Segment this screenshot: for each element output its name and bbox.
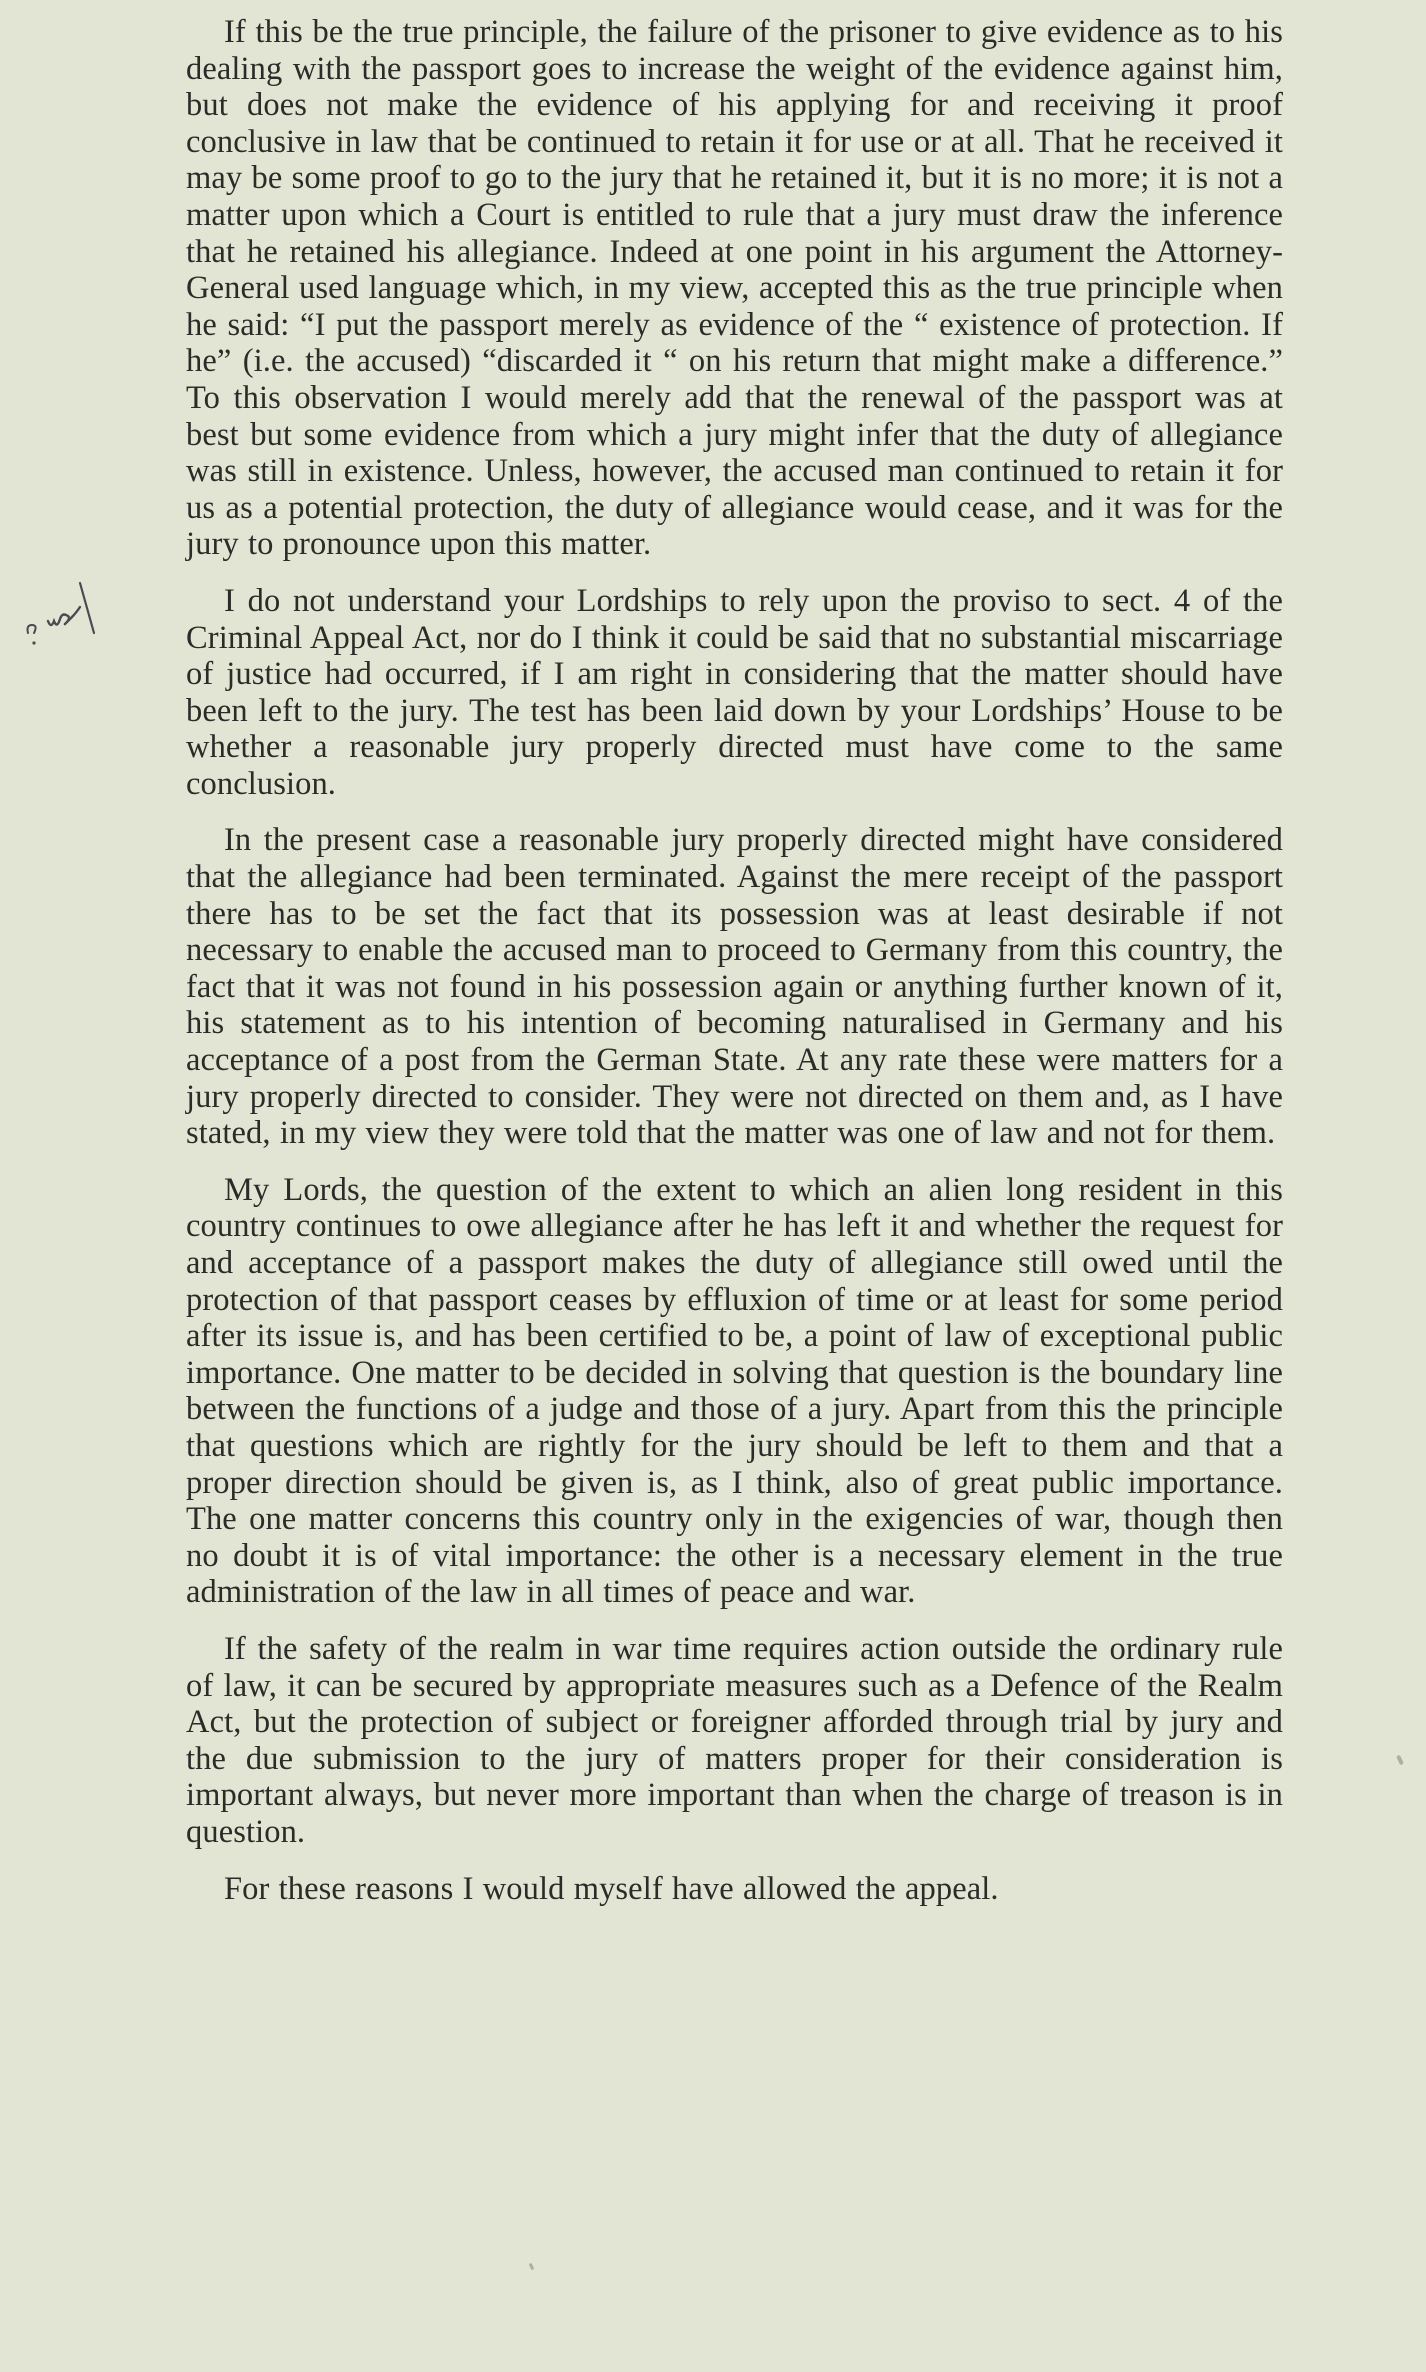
closing-paragraph: For these reasons I would myself have al… (186, 1871, 1283, 1908)
paragraph-5: If the safety of the realm in war time r… (186, 1631, 1283, 1851)
paragraph-3: In the present case a reasonable jury pr… (186, 822, 1283, 1151)
paper-speck (529, 2263, 535, 2271)
paragraph-1: If this be the true principle, the failu… (186, 14, 1283, 563)
pencil-annotation-icon (10, 575, 100, 645)
paragraph-4: My Lords, the question of the extent to … (186, 1172, 1283, 1611)
document-page: If this be the true principle, the failu… (186, 14, 1283, 1907)
paper-speck (1396, 1755, 1404, 1766)
paragraph-2: I do not understand your Lordships to re… (186, 583, 1283, 803)
handwritten-margin-note (10, 575, 100, 645)
